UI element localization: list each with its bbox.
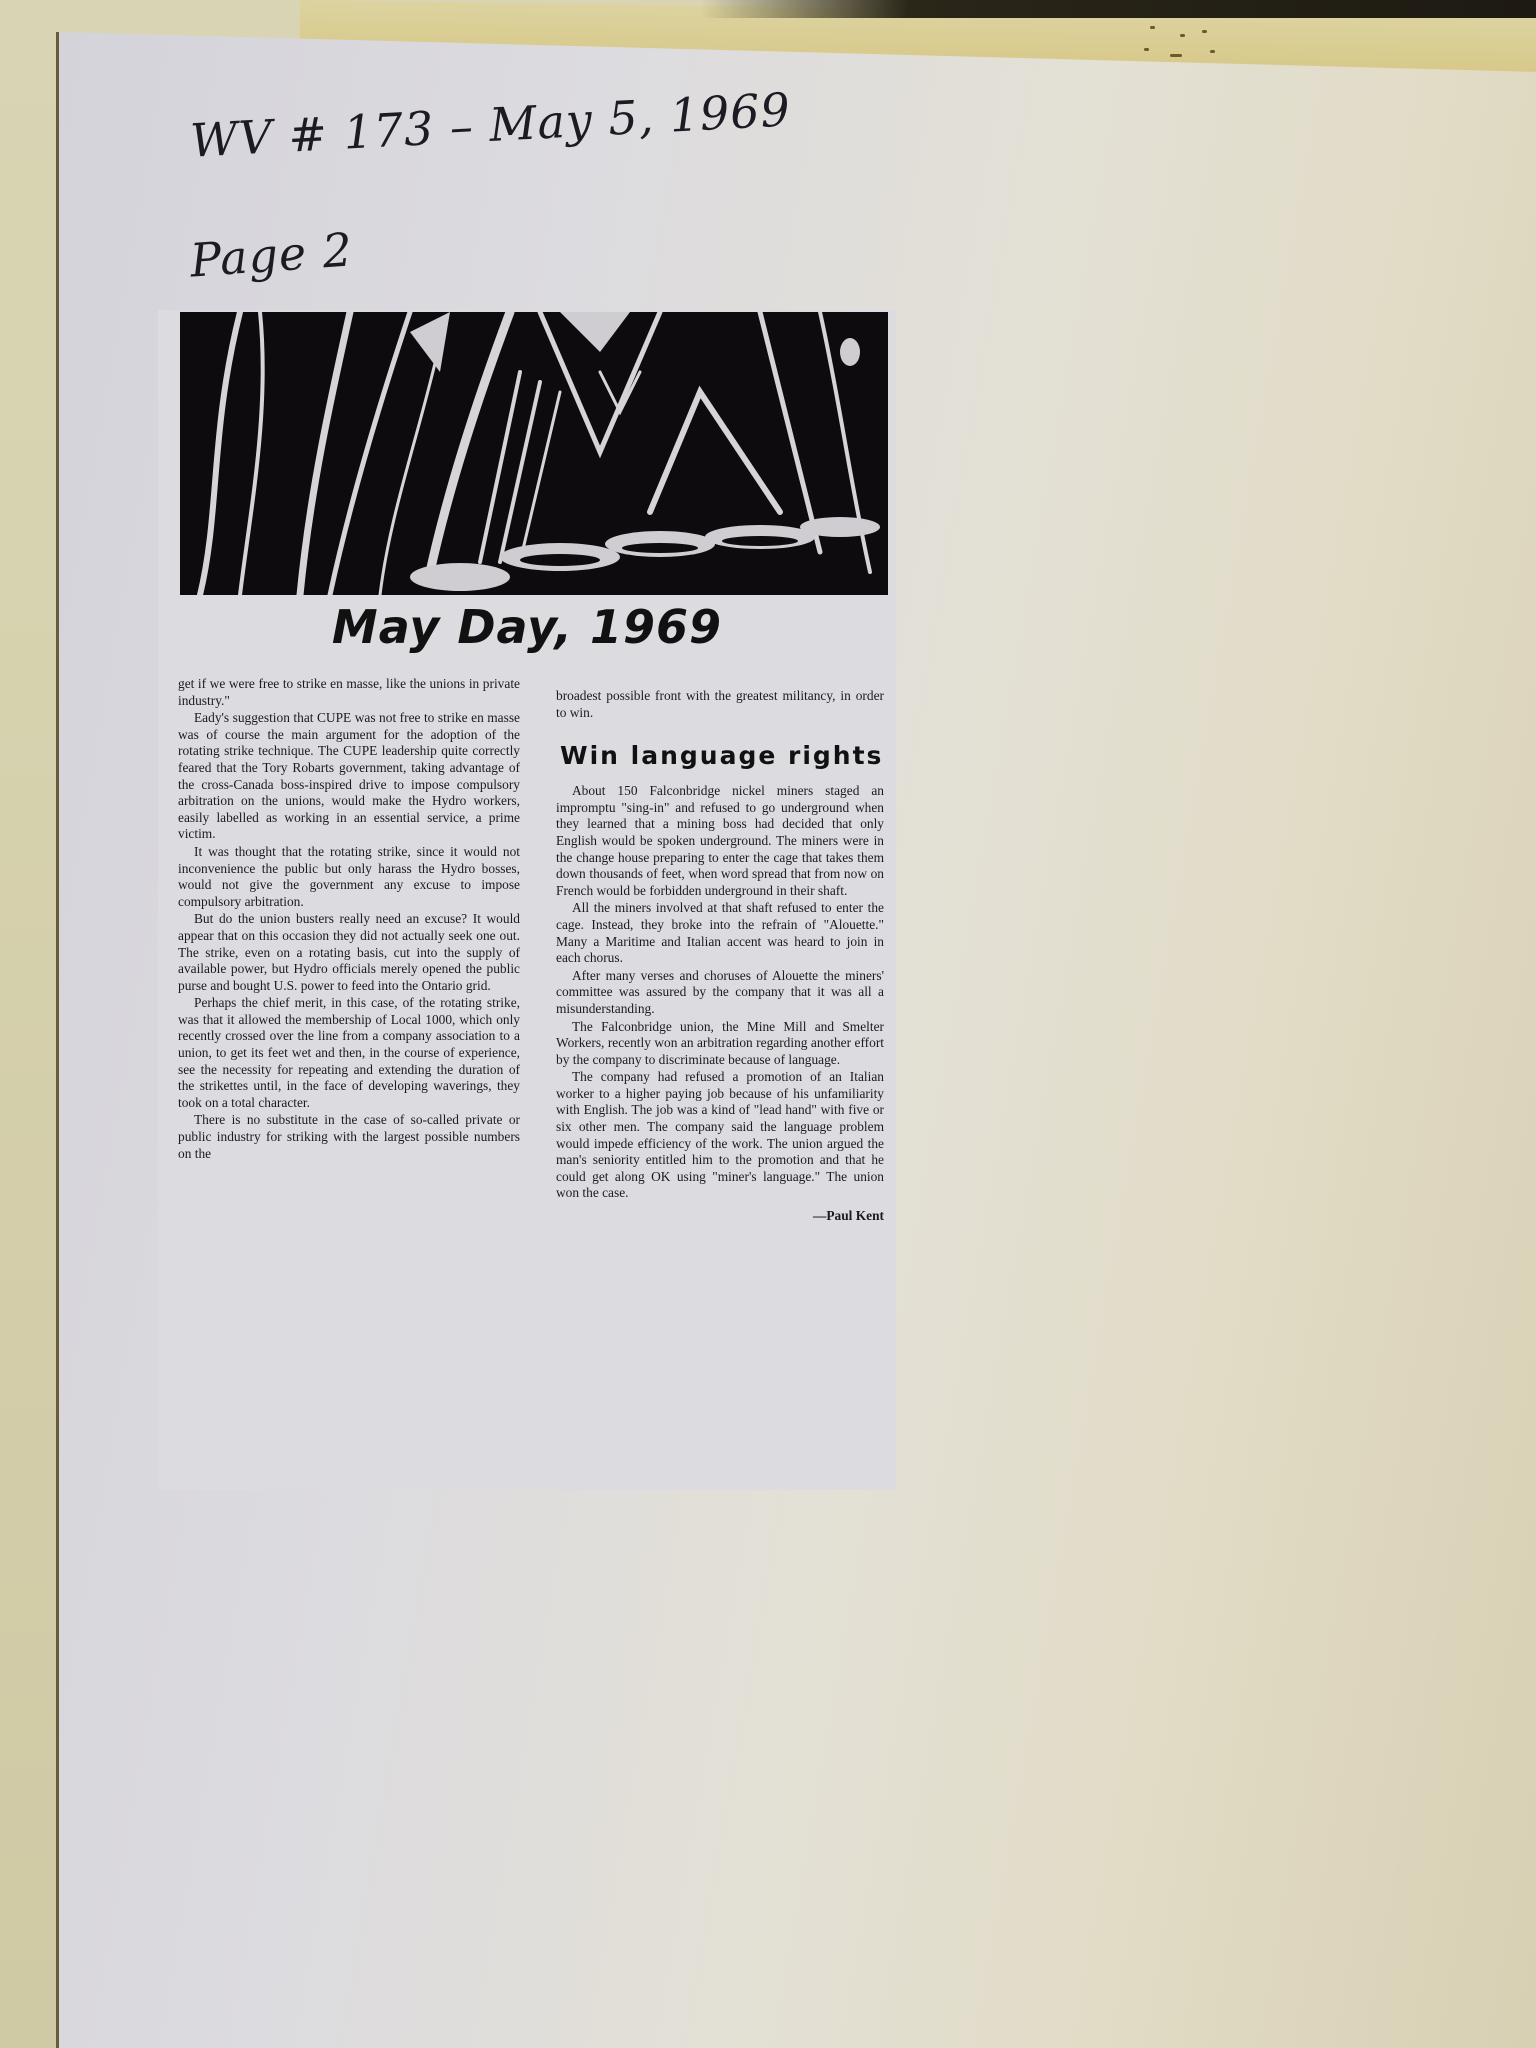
paragraph: About 150 Falconbridge nickel miners sta… [556, 783, 884, 899]
paragraph: Perhaps the chief merit, in this case, o… [178, 995, 520, 1111]
headline: May Day, 1969 [158, 600, 896, 654]
paragraph: The company had refused a promotion of a… [556, 1069, 884, 1202]
paragraph: Eady's suggestion that CUPE was not free… [178, 710, 520, 843]
article-left-column: get if we were free to strike en masse, … [178, 676, 520, 1163]
paragraph: broadest possible front with the greates… [556, 688, 884, 721]
paragraph: All the miners involved at that shaft re… [556, 900, 884, 966]
paragraph: But do the union busters really need an … [178, 911, 520, 994]
article-right-column: broadest possible front with the greates… [556, 688, 884, 1225]
paragraph: After many verses and choruses of Alouet… [556, 968, 884, 1018]
byline: —Paul Kent [556, 1208, 884, 1225]
woodcut-marchers-image [180, 312, 888, 595]
paragraph: It was thought that the rotating strike,… [178, 844, 520, 910]
paragraph: There is no substitute in the case of so… [178, 1112, 520, 1162]
subheading: Win language rights [560, 741, 884, 771]
dark-background-strip [700, 0, 1536, 18]
paragraph: get if we were free to strike en masse, … [178, 676, 520, 709]
handwritten-page-note: Page 2 [188, 222, 354, 287]
paragraph: The Falconbridge union, the Mine Mill an… [556, 1019, 884, 1069]
